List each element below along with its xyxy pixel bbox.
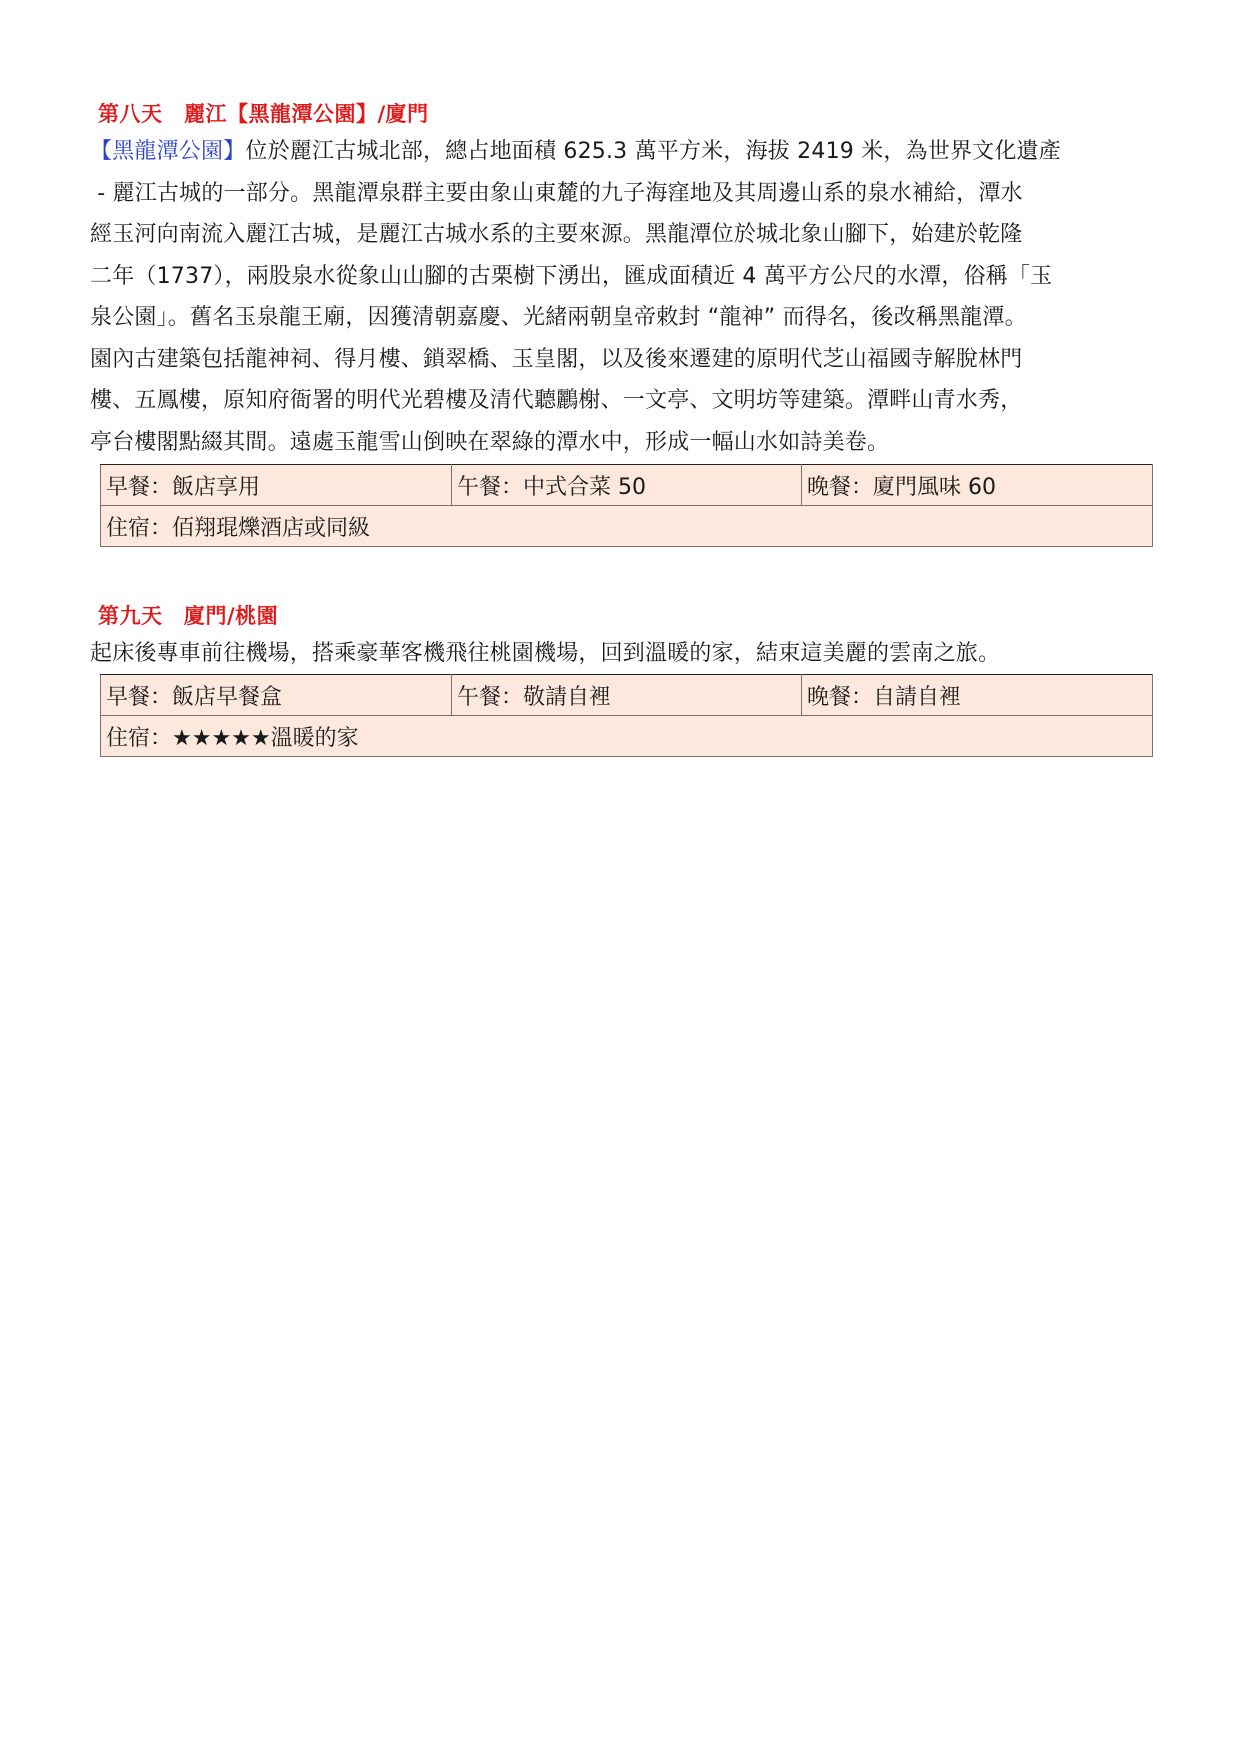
day8-line-3: 經玉河向南流入麗江古城，是麗江古城水系的主要來源。黑龍潭位於城北象山腳下，始建於…	[90, 214, 1155, 256]
day8-line-1: 【黑龍潭公園】位於麗江古城北部，總占地面積 625.3 萬平方米，海拔 2419…	[90, 131, 1155, 173]
day8-line-8: 亭台樓閣點綴其間。遠處玉龍雪山倒映在翠綠的潭水中，形成一幅山水如詩美卷。	[90, 422, 1155, 464]
day9-meal-table: 早餐：飯店早餐盒 午餐：敬請自裡 晚餐：自請自裡 住宿：★★★★★溫暖的家	[100, 674, 1153, 757]
day9-line-1: 起床後專車前往機場，搭乘豪華客機飛往桃園機場，回到溫暖的家，結束這美麗的雲南之旅…	[90, 633, 1155, 675]
lunch-cell: 午餐：中式合菜 50	[452, 465, 802, 506]
meal-row: 早餐：飯店早餐盒 午餐：敬請自裡 晚餐：自請自裡	[101, 675, 1153, 716]
meal-row: 早餐：飯店享用 午餐：中式合菜 50 晚餐：廈門風味 60	[101, 465, 1153, 506]
day8-line-2: - 麗江古城的一部分。黑龍潭泉群主要由象山東麓的九子海窪地及其周邊山系的泉水補給…	[90, 173, 1155, 215]
lodging-cell: 住宿：佰翔琨爍酒店或同級	[101, 506, 1153, 547]
lodging-row: 住宿：佰翔琨爍酒店或同級	[101, 506, 1153, 547]
lunch-cell: 午餐：敬請自裡	[452, 675, 802, 716]
day8-meal-table: 早餐：飯店享用 午餐：中式合菜 50 晚餐：廈門風味 60 住宿：佰翔琨爍酒店或…	[100, 464, 1153, 547]
day8-line-6: 園內古建築包括龍神祠、得月樓、鎖翠橋、玉皇閣，以及後來遷建的原明代芝山福國寺解脫…	[90, 339, 1155, 381]
dinner-cell: 晚餐：廈門風味 60	[802, 465, 1153, 506]
dinner-cell: 晚餐：自請自裡	[802, 675, 1153, 716]
day9-description: 起床後專車前往機場，搭乘豪華客機飛往桃園機場，回到溫暖的家，結束這美麗的雲南之旅…	[90, 633, 1155, 675]
park-name-highlight: 【黑龍潭公園】	[90, 139, 245, 164]
breakfast-cell: 早餐：飯店享用	[101, 465, 452, 506]
lodging-row: 住宿：★★★★★溫暖的家	[101, 716, 1153, 757]
lodging-cell: 住宿：★★★★★溫暖的家	[101, 716, 1153, 757]
day8-description: 【黑龍潭公園】位於麗江古城北部，總占地面積 625.3 萬平方米，海拔 2419…	[90, 131, 1155, 463]
day8-line-4: 二年（1737），兩股泉水從象山山腳的古栗樹下湧出，匯成面積近 4 萬平方公尺的…	[90, 256, 1155, 298]
day9-title: 第九天 廈門/桃園	[98, 600, 278, 630]
breakfast-cell: 早餐：飯店早餐盒	[101, 675, 452, 716]
day8-line-7: 樓、五鳳樓，原知府衙署的明代光碧樓及清代聽鸝榭、一文亭、文明坊等建築。潭畔山青水…	[90, 380, 1155, 422]
day8-title: 第八天 麗江【黑龍潭公園】/廈門	[98, 98, 429, 128]
day8-line-5: 泉公園」。舊名玉泉龍王廟，因獲清朝嘉慶、光緒兩朝皇帝敕封 “龍神” 而得名，後改…	[90, 297, 1155, 339]
